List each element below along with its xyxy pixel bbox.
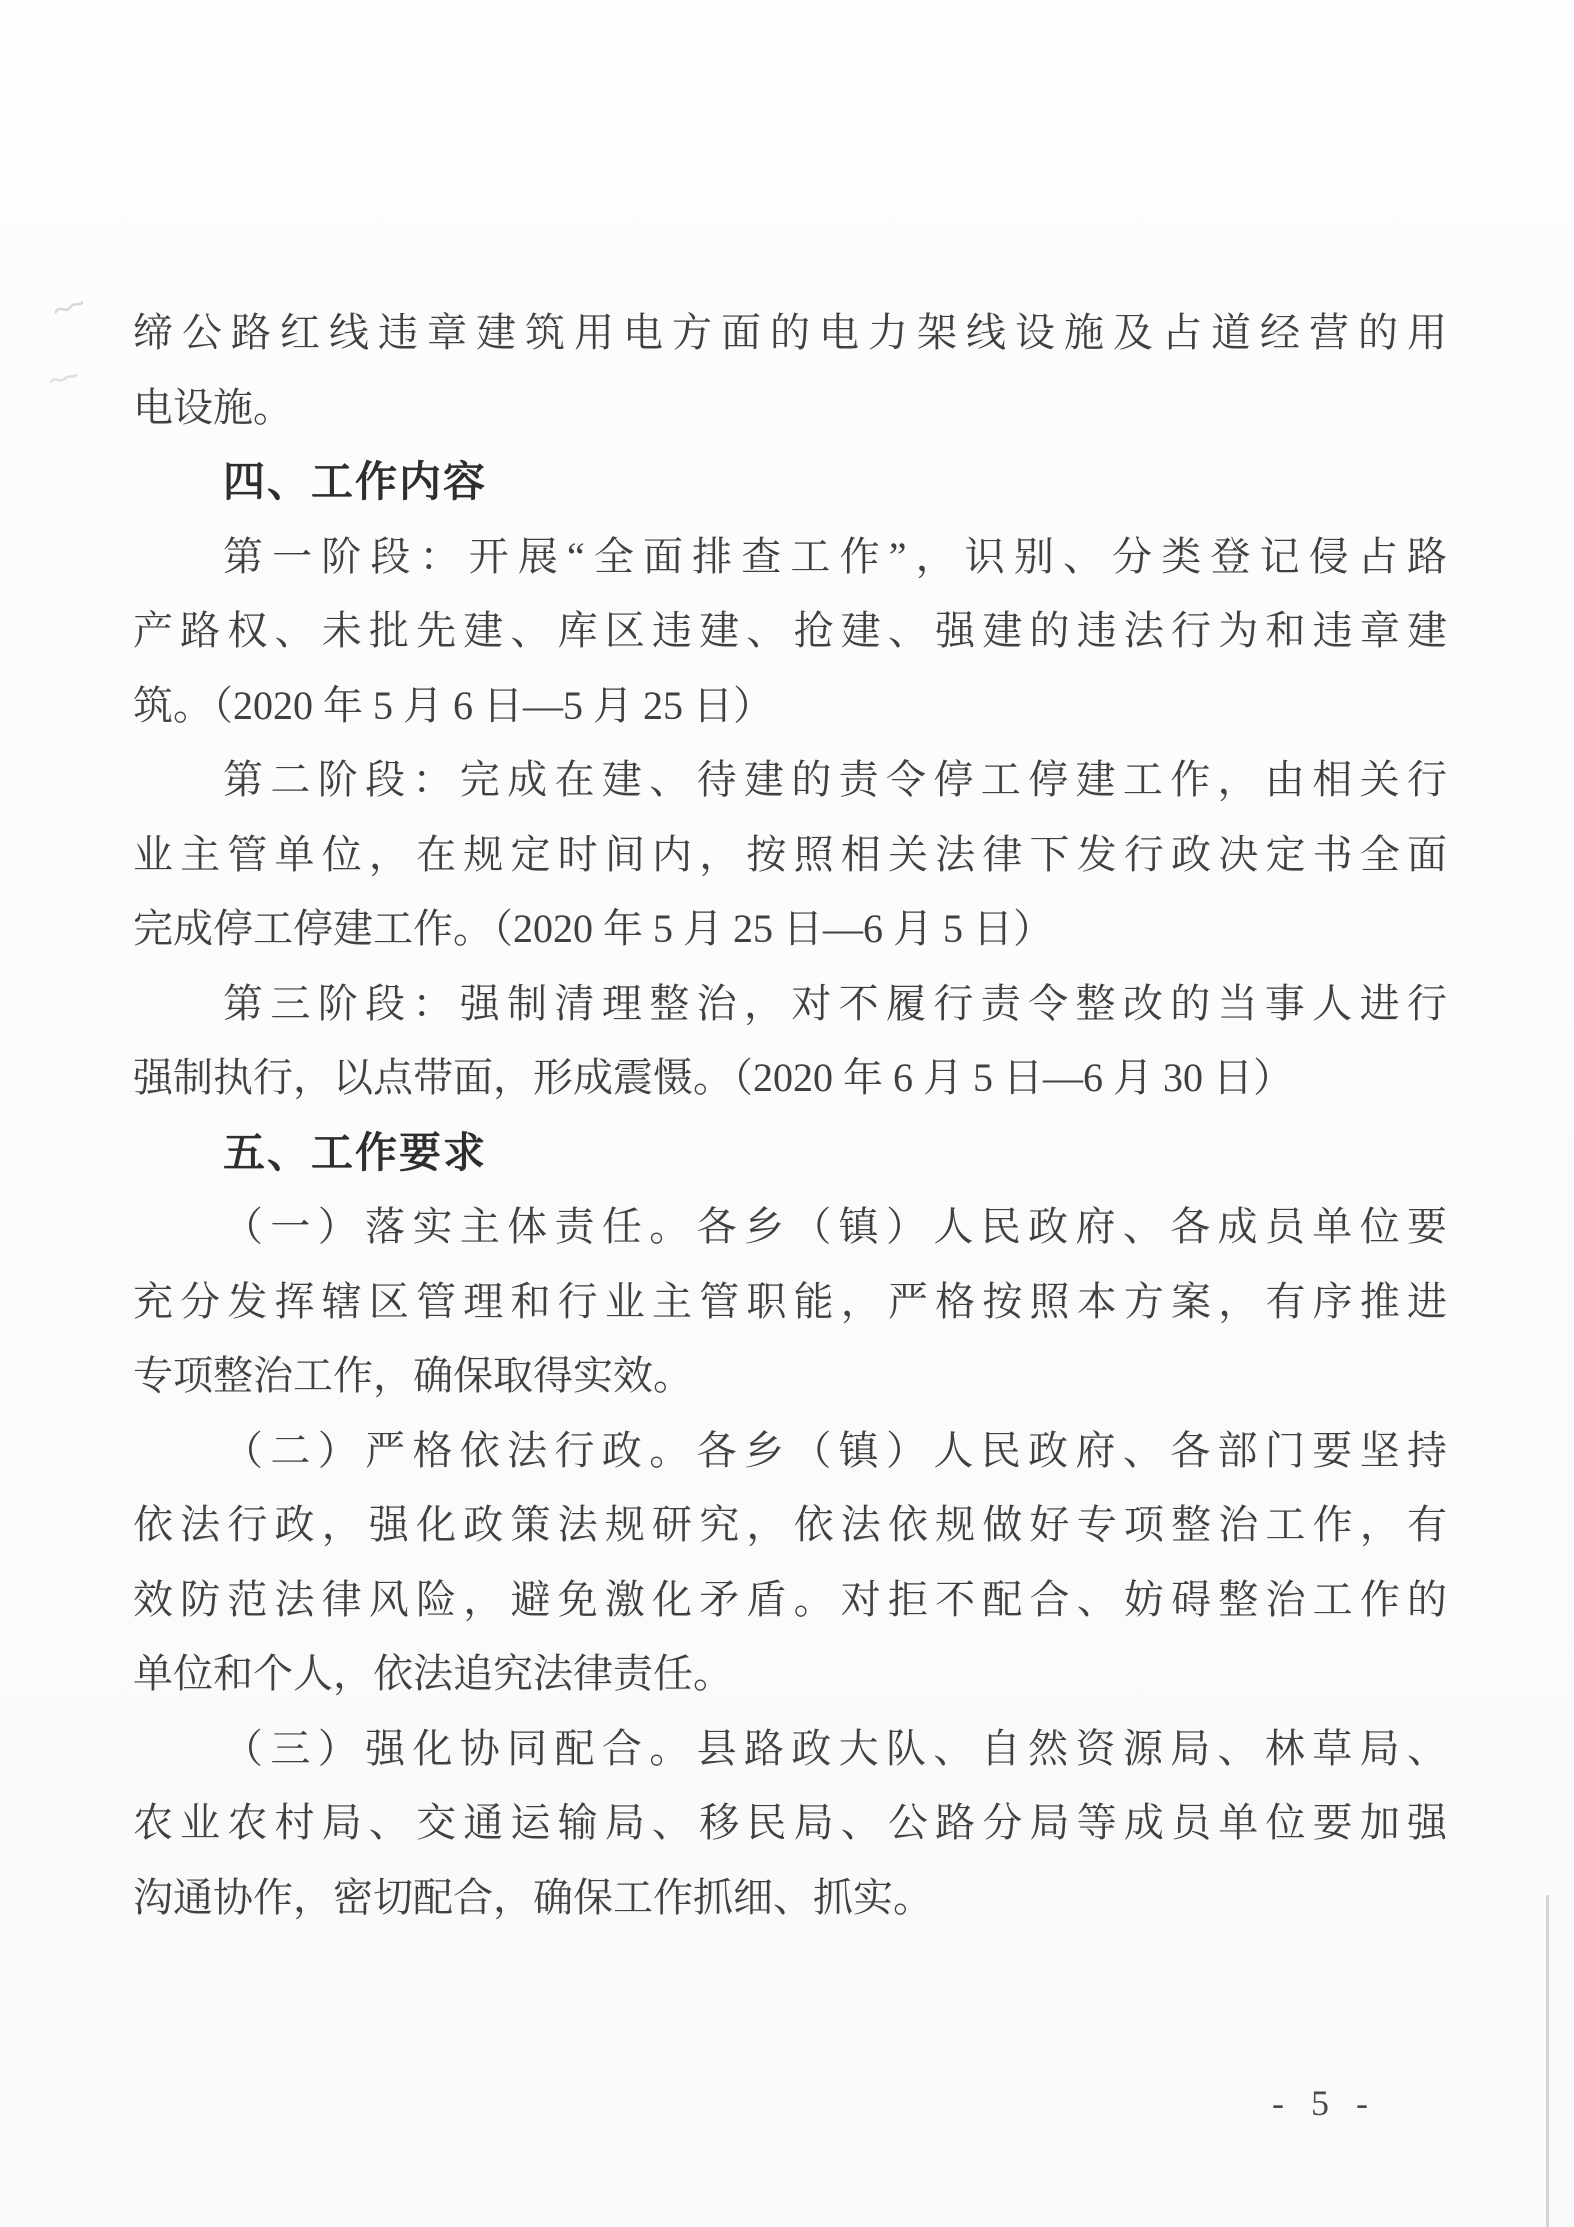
text-line: 强制执行，以点带面，形成震慑。（2020 年 6 月 5 日—6 月 30 日） bbox=[133, 1041, 1447, 1116]
scan-smudge bbox=[53, 298, 85, 319]
text-line: 完成停工停建工作。（2020 年 5 月 25 日—6 月 5 日） bbox=[133, 892, 1447, 967]
text-line: 第二阶段：完成在建、待建的责令停工停建工作，由相关行 bbox=[133, 743, 1447, 818]
text-line: （三）强化协同配合。县路政大队、自然资源局、林草局、 bbox=[133, 1712, 1447, 1787]
scan-smudge bbox=[50, 371, 79, 387]
text-line: （一）落实主体责任。各乡（镇）人民政府、各成员单位要 bbox=[133, 1190, 1447, 1265]
text-line: 效防范法律风险，避免激化矛盾。对拒不配合、妨碍整治工作的 bbox=[133, 1563, 1447, 1638]
text-line: 筑。（2020 年 5 月 6 日—5 月 25 日） bbox=[133, 669, 1447, 744]
text-line: 充分发挥辖区管理和行业主管职能，严格按照本方案，有序推进 bbox=[133, 1265, 1447, 1340]
scan-edge-line bbox=[1546, 1895, 1549, 2227]
text-line: 沟通协作，密切配合，确保工作抓细、抓实。 bbox=[133, 1861, 1447, 1936]
text-line: （二）严格依法行政。各乡（镇）人民政府、各部门要坚持 bbox=[133, 1414, 1447, 1489]
text-line: 农业农村局、交通运输局、移民局、公路分局等成员单位要加强 bbox=[133, 1786, 1447, 1861]
text-line: 电设施。 bbox=[133, 371, 1447, 446]
text-line: 专项整治工作，确保取得实效。 bbox=[133, 1339, 1447, 1414]
text-line: 第三阶段：强制清理整治，对不履行责令整改的当事人进行 bbox=[133, 967, 1447, 1042]
text-line: 第一阶段：开展“全面排查工作”，识别、分类登记侵占路 bbox=[133, 520, 1447, 595]
text-line: 产路权、未批先建、库区违建、抢建、强建的违法行为和违章建 bbox=[133, 594, 1447, 669]
document-body: 缔公路红线违章建筑用电方面的电力架线设施及占道经营的用 电设施。 四、工作内容 … bbox=[133, 296, 1447, 1935]
section-heading-work-content: 四、工作内容 bbox=[133, 445, 1447, 520]
text-line: 缔公路红线违章建筑用电方面的电力架线设施及占道经营的用 bbox=[133, 296, 1447, 371]
text-line: 业主管单位，在规定时间内，按照相关法律下发行政决定书全面 bbox=[133, 818, 1447, 893]
section-heading-work-requirements: 五、工作要求 bbox=[133, 1116, 1447, 1191]
page-number: - 5 - bbox=[1272, 2082, 1377, 2124]
text-line: 单位和个人，依法追究法律责任。 bbox=[133, 1637, 1447, 1712]
text-line: 依法行政，强化政策法规研究，依法依规做好专项整治工作，有 bbox=[133, 1488, 1447, 1563]
page: 缔公路红线违章建筑用电方面的电力架线设施及占道经营的用 电设施。 四、工作内容 … bbox=[0, 0, 1574, 2227]
